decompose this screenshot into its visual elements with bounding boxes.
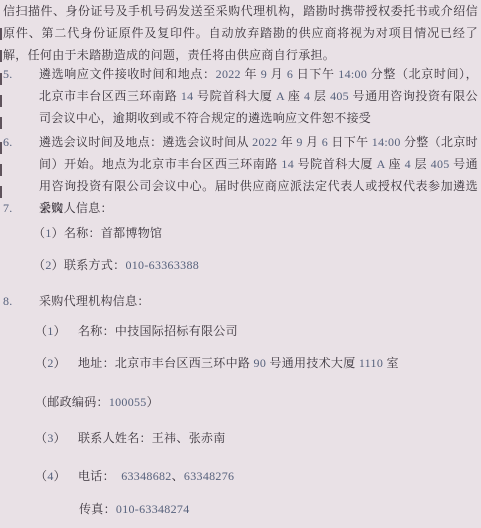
item-7-name-marker: （1） [33, 226, 64, 240]
item-8-phone-marker: （4） [35, 465, 78, 487]
item-5-text: 遴选响应文件接收时间和地点：2022 年 9 月 6 日下午 14:00 分整（… [39, 67, 478, 125]
scan-edge-mark [0, 50, 2, 62]
item-8-phone-text: 电话： 63348682、63348276 [78, 469, 234, 483]
item-6-number: 6. [3, 131, 13, 153]
item-8-contacts-text: 联系人姓名：王祎、张赤南 [78, 431, 226, 445]
list-item-5: 5. 遴选响应文件接收时间和地点：2022 年 9 月 6 日下午 14:00 … [3, 63, 478, 129]
scanned-document-page: 信扫描件、身份证号及手机号码发送至采购代理机构，踏勘时携带授权委托书或介绍信原件… [0, 0, 481, 528]
item-8-number: 8. [3, 290, 13, 312]
item-8-name-row: （1）名称：中技国际招标有限公司 [35, 320, 238, 342]
scan-edge-mark [0, 142, 2, 154]
item-8-address-text: 地址：北京市丰台区西三环中路 90 号通用技术大厦 1110 室 [78, 356, 399, 370]
list-item-8-heading: 8. 采购代理机构信息： [3, 290, 478, 312]
item-7-contact-text: 联系方式：010-63363388 [64, 258, 199, 272]
item-8-contacts-marker: （3） [35, 427, 78, 449]
item-7-contact-row: （2）联系方式：010-63363388 [33, 254, 199, 276]
item-7-number: 7. [3, 197, 13, 219]
scan-edge-mark [0, 117, 2, 129]
item-8-postcode-row: （邮政编码：100055） [35, 391, 159, 413]
scan-edge-mark [0, 186, 2, 198]
item-8-address-row: （2）地址：北京市丰台区西三环中路 90 号通用技术大厦 1110 室 [35, 352, 399, 374]
scan-edge-mark [0, 73, 2, 85]
item-8-phone-row: （4）电话： 63348682、63348276 [35, 465, 234, 487]
item-7-title: 采购人信息： [39, 201, 113, 215]
item-8-title: 采购代理机构信息： [39, 294, 150, 308]
item-7-name-row: （1）名称：首都博物馆 [33, 222, 162, 244]
item-8-fax-row: 传真：010-63348274 [79, 498, 190, 520]
item-8-contacts-row: （3）联系人姓名：王祎、张赤南 [35, 427, 226, 449]
item-8-postcode-text: （邮政编码：100055） [35, 395, 159, 409]
item-8-address-marker: （2） [35, 352, 78, 374]
list-item-7-heading: 7. 采购人信息： [3, 197, 478, 219]
item-5-number: 5. [3, 63, 13, 85]
item-7-name-text: 名称：首都博物馆 [64, 226, 162, 240]
intro-paragraph: 信扫描件、身份证号及手机号码发送至采购代理机构，踏勘时携带授权委托书或介绍信原件… [3, 0, 478, 66]
item-8-name-marker: （1） [35, 320, 78, 342]
item-8-name-text: 名称：中技国际招标有限公司 [78, 324, 238, 338]
scan-edge-mark [0, 164, 2, 176]
scan-edge-mark [0, 95, 2, 107]
item-8-fax-text: 传真：010-63348274 [79, 502, 190, 516]
item-7-contact-marker: （2） [33, 258, 64, 272]
scan-edge-mark [0, 28, 2, 40]
